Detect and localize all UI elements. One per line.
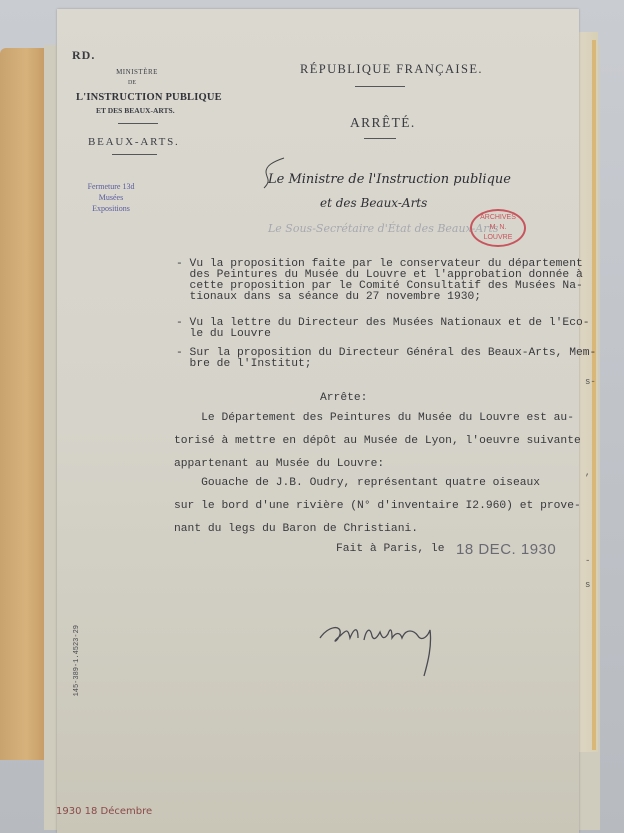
stamp-line: LOUVRE	[472, 233, 524, 243]
folder-cover	[0, 48, 44, 760]
blue-stamp-line: Fermeture 13d	[76, 181, 146, 192]
ministry-line-1: MINISTÈRE	[112, 68, 162, 76]
consideration-2: - Vu la lettre du Directeur des Musées N…	[176, 318, 590, 340]
department-label: BEAUX-ARTS.	[88, 136, 180, 148]
edge-fragment: s-	[585, 377, 596, 387]
handwritten-date-note: 1930 18 Décembre	[56, 806, 152, 817]
edge-fragment: ,	[585, 468, 590, 478]
place-text: Fait à Paris, le	[336, 543, 444, 555]
minister-line-2: et des Beaux-Arts	[320, 196, 427, 210]
margin-reference-number: 145-389-1.4523-29	[73, 625, 81, 696]
stamp-line: M. N.	[472, 223, 524, 233]
edge-fragment: -	[585, 556, 590, 566]
consideration-3: - Sur la proposition du Directeur Généra…	[176, 348, 596, 370]
ornament-rule	[112, 154, 157, 155]
ornament-rule	[364, 138, 396, 139]
date-stamp: 18 DEC. 1930	[456, 541, 556, 558]
ornament-rule	[118, 123, 158, 124]
decree-paragraph-1: Le Département des Peintures du Musée du…	[174, 407, 581, 476]
edge-fragment: s	[585, 580, 590, 590]
decree-title: ARRÊTÉ.	[350, 115, 416, 131]
signature-icon	[318, 618, 458, 680]
decree-paragraph-2: Gouache de J.B. Oudry, représentant quat…	[174, 472, 581, 541]
right-folder-edge	[592, 40, 596, 750]
ministry-line-2: DE	[128, 80, 136, 86]
consideration-1: - Vu la proposition faite par le conserv…	[176, 259, 583, 303]
blue-stamp-line: Expositions	[76, 203, 146, 214]
stamp-line: ARCHIVES	[472, 213, 524, 223]
reference-code: RD.	[72, 48, 95, 63]
ornament-rule	[355, 86, 405, 87]
ministry-line-4: ET DES BEAUX-ARTS.	[96, 106, 175, 115]
blue-ink-stamp: Fermeture 13d Musées Expositions	[76, 181, 146, 214]
blue-stamp-line: Musées	[76, 192, 146, 203]
decree-heading: Arrête:	[320, 392, 367, 404]
republic-heading: RÉPUBLIQUE FRANÇAISE.	[300, 62, 483, 77]
archives-louvre-stamp: ARCHIVES M. N. LOUVRE	[470, 209, 526, 247]
ministry-line-3: L'INSTRUCTION PUBLIQUE	[76, 92, 222, 103]
minister-line-1: Le Ministre de l'Instruction publique	[268, 172, 511, 187]
faded-undersecretary-line: Le Sous-Secrétaire d'État des Beaux-Arts	[268, 222, 499, 235]
